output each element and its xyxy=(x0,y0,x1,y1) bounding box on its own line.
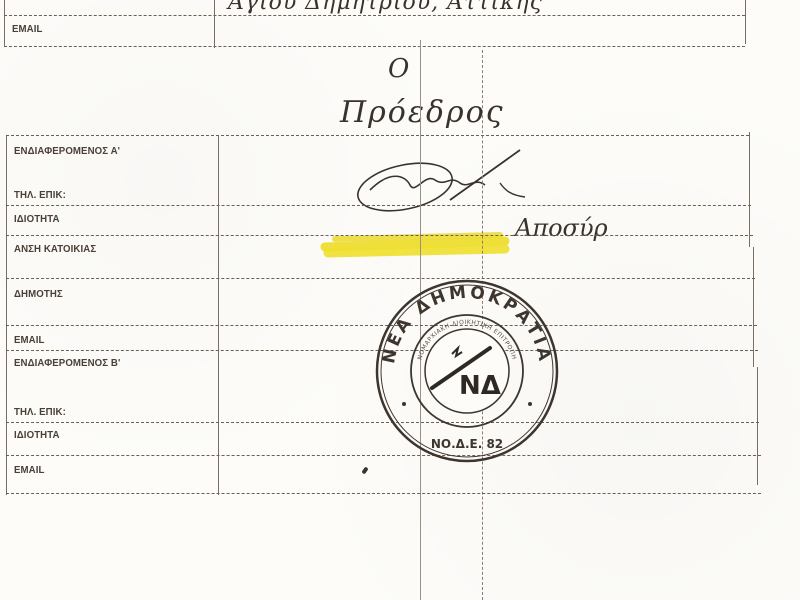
table-border-right xyxy=(757,367,758,485)
table-border-left xyxy=(6,135,7,495)
label-interested-party-a: ΕΝΔΙΑΦΕΡΟΜΕΝΟΣ Α' xyxy=(14,145,120,157)
table-border-right xyxy=(753,247,754,367)
handwritten-title: Πρόεδρος xyxy=(340,95,505,130)
label-phone-b: ΤΗΛ. ΕΠΙΚ: xyxy=(14,406,66,418)
table-column-divider xyxy=(214,0,215,48)
row-divider xyxy=(6,235,753,236)
signature-icon xyxy=(350,145,550,225)
label-capacity-b: ΙΔΙΟΤΗΤΑ xyxy=(14,429,60,441)
handwritten-address: Αγίου Δημητρίου, Αττικής xyxy=(228,0,543,15)
table-border-right xyxy=(749,132,750,247)
svg-text:ΝΔ: ΝΔ xyxy=(459,371,501,401)
label-capacity-a: ΙΔΙΟΤΗΤΑ xyxy=(14,213,60,225)
label-email-b: EMAIL xyxy=(14,464,45,476)
handwritten-note: Αποσύρ xyxy=(515,214,608,242)
label-residence-address: ΑΝΣΗ ΚΑΤΟΙΚΙΑΣ xyxy=(14,243,96,255)
row-divider xyxy=(6,493,761,494)
row-divider xyxy=(4,46,745,47)
table-border-left xyxy=(4,0,5,46)
table-border-right xyxy=(745,0,746,44)
handwritten-article: Ο xyxy=(388,54,409,84)
row-divider xyxy=(4,15,745,16)
label-citizen: ΔΗΜΟΤΗΣ xyxy=(14,288,63,300)
svg-text:ΝΟ.Δ.Ε. 82: ΝΟ.Δ.Ε. 82 xyxy=(431,437,503,451)
email-label-top: EMAIL xyxy=(12,23,43,35)
row-divider xyxy=(6,135,749,136)
table-column-divider xyxy=(218,135,219,495)
row-divider xyxy=(6,205,751,206)
label-email-a: EMAIL xyxy=(14,334,45,346)
ink-mark xyxy=(361,466,368,474)
label-phone-a: ΤΗΛ. ΕΠΙΚ: xyxy=(14,189,66,201)
party-stamp-icon: ΝΕΑ ΔΗΜΟΚΡΑΤΙΑ ΝΟΜΑΡΧΙΑΚΗ ΔΙΟΙΚΗΤΙΚΗ ΕΠΙ… xyxy=(372,276,562,466)
label-interested-party-b: ΕΝΔΙΑΦΕΡΟΜΕΝΟΣ Β' xyxy=(14,357,120,369)
